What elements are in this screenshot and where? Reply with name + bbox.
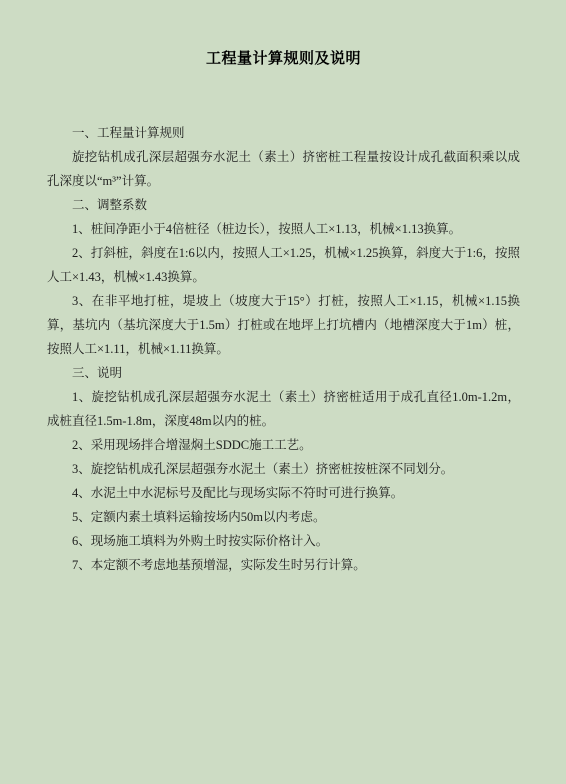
paragraph: 4、水泥土中水泥标号及配比与现场实际不符时可进行换算。 (47, 481, 520, 505)
paragraph: 5、定额内素土填料运输按场内50m以内考虑。 (47, 505, 520, 529)
paragraph: 7、本定额不考虑地基预增湿，实际发生时另行计算。 (47, 553, 520, 577)
section-heading: 三、说明 (47, 361, 520, 385)
page-background: { "page": { "background_color": "#cddcc4… (0, 0, 566, 784)
paragraph: 旋挖钻机成孔深层超强夯水泥土（素土）挤密桩工程量按设计成孔截面积乘以成孔深度以“… (47, 145, 520, 193)
paragraph: 2、采用现场拌合增湿焖土SDDC施工工艺。 (47, 433, 520, 457)
section-heading: 一、工程量计算规则 (47, 121, 520, 145)
document-body: 一、工程量计算规则旋挖钻机成孔深层超强夯水泥土（素土）挤密桩工程量按设计成孔截面… (47, 121, 520, 577)
section-heading: 二、调整系数 (47, 193, 520, 217)
paragraph: 3、旋挖钻机成孔深层超强夯水泥土（素土）挤密桩按桩深不同划分。 (47, 457, 520, 481)
paragraph: 1、桩间净距小于4倍桩径（桩边长），按照人工×1.13，机械×1.13换算。 (47, 217, 520, 241)
document-page: 工程量计算规则及说明 一、工程量计算规则旋挖钻机成孔深层超强夯水泥土（素土）挤密… (0, 0, 566, 784)
paragraph: 2、打斜桩，斜度在1:6以内，按照人工×1.25，机械×1.25换算，斜度大于1… (47, 241, 520, 289)
paragraph: 1、旋挖钻机成孔深层超强夯水泥土（素土）挤密桩适用于成孔直径1.0m-1.2m，… (47, 385, 520, 433)
document-title: 工程量计算规则及说明 (47, 46, 520, 72)
paragraph: 3、在非平地打桩，堤坡上（坡度大于15°）打桩，按照人工×1.15，机械×1.1… (47, 289, 520, 361)
paragraph: 6、现场施工填料为外购土时按实际价格计入。 (47, 529, 520, 553)
